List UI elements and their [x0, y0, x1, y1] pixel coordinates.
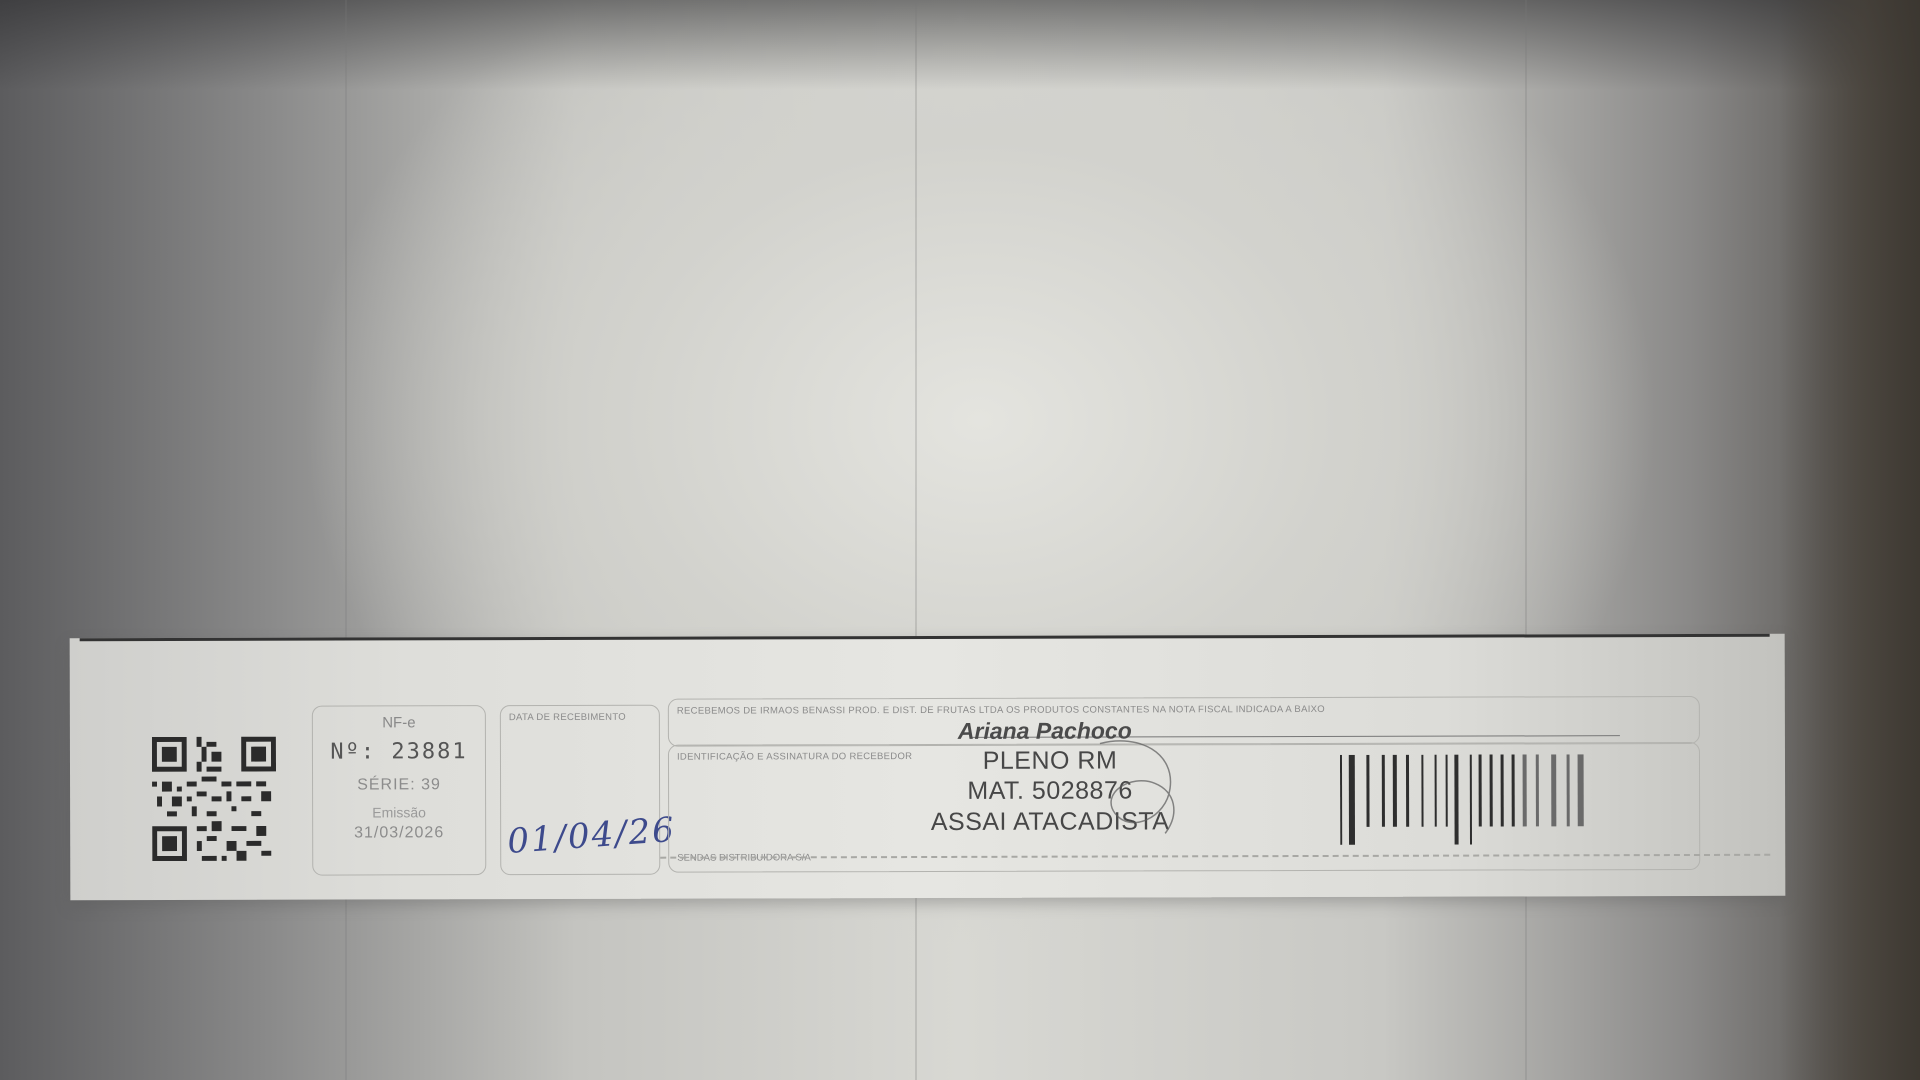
nfe-number: Nº: 23881 [313, 739, 485, 764]
cut-edge-line [80, 634, 1770, 641]
nfe-receipt-stub: NF-e Nº: 23881 SÉRIE: 39 Emissão 31/03/2… [70, 634, 1786, 900]
receipt-date-label: DATA DE RECEBIMENTO [509, 712, 626, 723]
paper-fold [345, 0, 347, 1080]
emission-date: 31/03/2026 [313, 824, 485, 842]
receipt-date-box: DATA DE RECEBIMENTO 01/04/26 [500, 705, 660, 875]
receiver-label: IDENTIFICAÇÃO E ASSINATURA DO RECEBEDOR [677, 751, 912, 763]
emission-label: Emissão [313, 804, 485, 820]
qr-code-icon [152, 736, 276, 862]
paper-fold [915, 0, 917, 1080]
receipt-statement: RECEBEMOS DE IRMAOS BENASSI PROD. E DIST… [677, 704, 1325, 717]
signature-scribble-icon [1080, 733, 1200, 843]
handwritten-receipt-date: 01/04/26 [506, 810, 677, 862]
top-shadow [0, 0, 1920, 90]
nfe-series: SÉRIE: 39 [313, 776, 485, 794]
paper-fold [1525, 0, 1527, 1080]
nfe-info-box: NF-e Nº: 23881 SÉRIE: 39 Emissão 31/03/2… [312, 705, 486, 875]
right-edge-shadow [1780, 0, 1920, 1080]
barcode-icon [1340, 754, 1680, 845]
nfe-heading: NF-e [313, 714, 485, 731]
